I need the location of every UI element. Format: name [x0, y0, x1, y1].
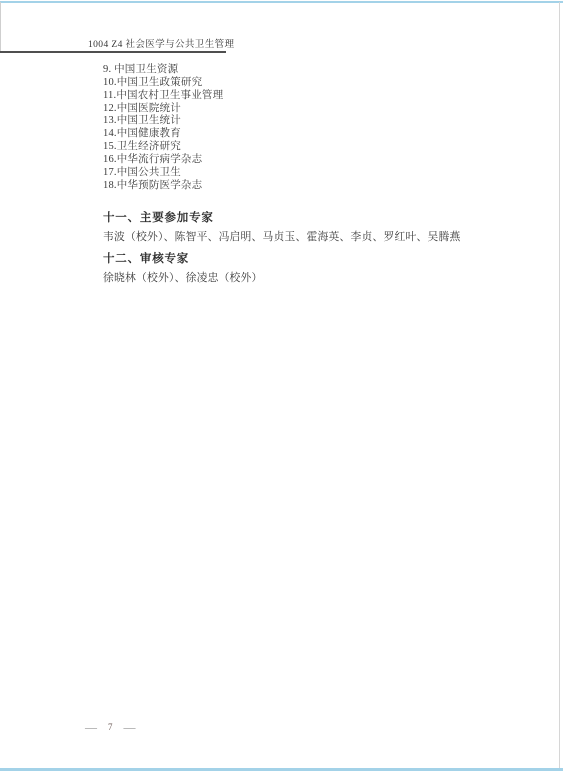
list-item: 12.中国医院统计	[103, 103, 223, 116]
list-item: 10.中国卫生政策研究	[103, 77, 223, 90]
footer-dash-right: —	[124, 721, 136, 733]
page-right-edge	[559, 2, 560, 770]
list-item: 15.卫生经济研究	[103, 141, 223, 154]
section-participating-experts: 十一、主要参加专家 韦波（校外）、陈智平、冯启明、马贞玉、霍海英、李贞、罗红叶、…	[103, 209, 461, 244]
document-page: 1004 Z4 社会医学与公共卫生管理 9. 中国卫生资源 10.中国卫生政策研…	[0, 0, 563, 772]
header-rule: 1004 Z4 社会医学与公共卫生管理	[0, 38, 226, 53]
list-item: 18.中华预防医学杂志	[103, 180, 223, 193]
page-number-footer: — 7 —	[85, 721, 136, 733]
section-review-experts: 十二、审核专家 徐晓林（校外）、徐凌忠（校外）	[103, 250, 263, 285]
list-item: 17.中国公共卫生	[103, 167, 223, 180]
list-item: 9. 中国卫生资源	[103, 64, 223, 77]
list-item: 11.中国农村卫生事业管理	[103, 90, 223, 103]
journal-list: 9. 中国卫生资源 10.中国卫生政策研究 11.中国农村卫生事业管理 12.中…	[103, 64, 223, 192]
page-number: 7	[108, 722, 113, 732]
list-item: 16.中华流行病学杂志	[103, 154, 223, 167]
list-item: 13.中国卫生统计	[103, 115, 223, 128]
section-heading: 十二、审核专家	[103, 250, 263, 266]
page-top-border	[0, 1, 563, 3]
page-header-title: 1004 Z4 社会医学与公共卫生管理	[88, 36, 234, 50]
section-heading: 十一、主要参加专家	[103, 209, 461, 225]
section-expert-names: 徐晓林（校外）、徐凌忠（校外）	[103, 270, 263, 285]
footer-dash-left: —	[85, 721, 97, 733]
section-expert-names: 韦波（校外）、陈智平、冯启明、马贞玉、霍海英、李贞、罗红叶、吴腾燕	[103, 229, 461, 244]
page-bottom-border	[0, 768, 563, 771]
list-item: 14.中国健康教育	[103, 128, 223, 141]
